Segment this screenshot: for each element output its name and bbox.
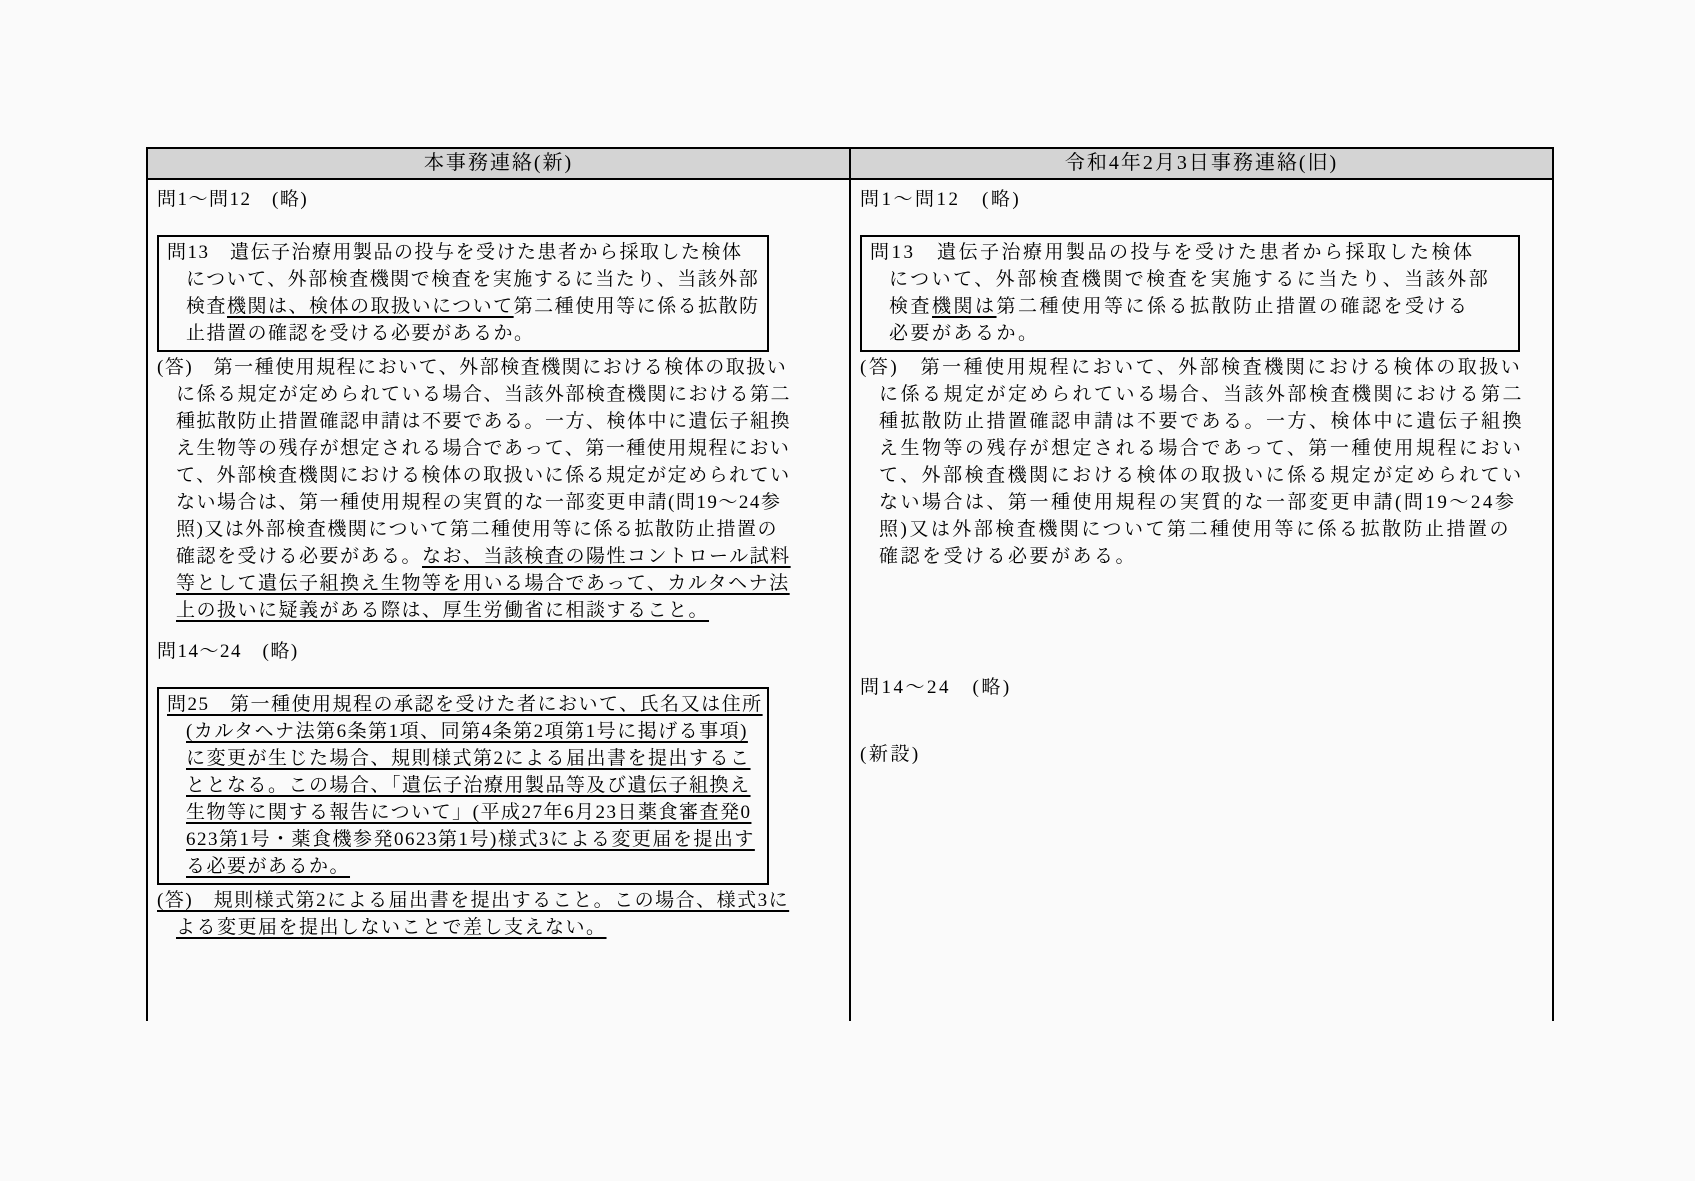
text-segment: 止措置の確認を受ける必要があるか。 xyxy=(186,323,535,344)
text-line: え生物等の残存が想定される場合であって、第一種使用規程におい xyxy=(157,435,841,462)
text-line: 種拡散防止措置確認申請は不要である。一方、検体中に遺伝子組換 xyxy=(860,408,1544,435)
text-line: 問13 遺伝子治療用製品の投与を受けた患者から採取した検体 xyxy=(167,239,763,266)
text-line: ない場合は、第一種使用規程の実質的な一部変更申請(問19〜24参 xyxy=(860,489,1544,516)
answer25-new: (答) 規則様式第2による届出書を提出すること。この場合、様式3による変更届を提… xyxy=(157,887,841,941)
text-line: 確認を受ける必要がある。 xyxy=(860,543,1544,570)
question13-box-old: 問13 遺伝子治療用製品の投与を受けた患者から採取した検体について、外部検査機関… xyxy=(860,235,1520,352)
table-body-row: 問1〜問12 (略) 問13 遺伝子治療用製品の投与を受けた患者から採取した検体… xyxy=(148,180,1552,1021)
text-line: え生物等の残存が想定される場合であって、第一種使用規程におい xyxy=(860,435,1544,462)
text-segment: 照)又は外部検査機関について第二種使用等に係る拡散防止措置の xyxy=(879,519,1511,540)
text-segment: て、外部検査機関における検体の取扱いに係る規定が定められてい xyxy=(176,465,791,486)
text-segment: 確認を受ける必要がある。 xyxy=(879,546,1137,567)
text-segment: て、外部検査機関における検体の取扱いに係る規定が定められてい xyxy=(879,465,1524,486)
underlined-text-segment: (答) 規則様式第2による届出書を提出すること。この場合、様式3に xyxy=(157,890,789,911)
text-line: 止措置の確認を受ける必要があるか。 xyxy=(167,320,763,347)
text-segment: 種拡散防止措置確認申請は不要である。一方、検体中に遺伝子組換 xyxy=(879,411,1524,432)
text-line: 623第1号・薬食機参発0623第1号)様式3による変更届を提出す xyxy=(167,826,763,853)
text-line: て、外部検査機関における検体の取扱いに係る規定が定められてい xyxy=(860,462,1544,489)
answer13-new: (答) 第一種使用規程において、外部検査機関における検体の取扱いに係る規定が定め… xyxy=(157,354,841,624)
underlined-text-segment: (カルタヘナ法第6条第1項、同第4条第2項第1号に掲げる事項) xyxy=(186,721,748,742)
text-segment: 必要があるか。 xyxy=(889,323,1040,344)
intro-line-new: 問1〜問12 (略) xyxy=(157,186,841,213)
text-segment: 第二種使用等に係る拡散防 xyxy=(514,296,760,317)
underlined-text-segment: 623第1号・薬食機参発0623第1号)様式3による変更届を提出す xyxy=(186,829,755,850)
page: { "table": { "header": { "left": "本事務連絡(… xyxy=(0,0,1695,1181)
text-line: よる変更届を提出しないことで差し支えない。 xyxy=(157,914,841,941)
text-line: に変更が生じた場合、規則様式第2による届出書を提出するこ xyxy=(167,745,763,772)
text-segment: 第二種使用等に係る拡散防止措置の確認を受ける xyxy=(997,296,1470,317)
text-segment: 照)又は外部検査機関について第二種使用等に係る拡散防止措置の xyxy=(176,519,778,540)
answer13-old: (答) 第一種使用規程において、外部検査機関における検体の取扱いに係る規定が定め… xyxy=(860,354,1544,570)
text-line: て、外部検査機関における検体の取扱いに係る規定が定められてい xyxy=(157,462,841,489)
text-line: 検査機関は、検体の取扱いについて第二種使用等に係る拡散防 xyxy=(167,293,763,320)
header-cell-new: 本事務連絡(新) xyxy=(148,149,851,178)
text-line: ない場合は、第一種使用規程の実質的な一部変更申請(問19〜24参 xyxy=(157,489,841,516)
table-header-row: 本事務連絡(新) 令和4年2月3日事務連絡(旧) xyxy=(148,149,1552,180)
underlined-text-segment: 等として遺伝子組換え生物等を用いる場合であって、カルタヘナ法 xyxy=(176,573,790,594)
text-segment: (答) 第一種使用規程において、外部検査機関における検体の取扱い xyxy=(860,357,1522,378)
underlined-text-segment: 生物等に関する報告について」(平成27年6月23日薬食審査発0 xyxy=(186,802,751,823)
text-line: 生物等に関する報告について」(平成27年6月23日薬食審査発0 xyxy=(167,799,763,826)
text-line: 確認を受ける必要がある。なお、当該検査の陽性コントロール試料 xyxy=(157,543,841,570)
q14-line-old: 問14〜24 (略) xyxy=(860,674,1544,701)
text-segment: に係る規定が定められている場合、当該外部検査機関における第二 xyxy=(176,384,791,405)
text-line: に係る規定が定められている場合、当該外部検査機関における第二 xyxy=(157,381,841,408)
text-segment: 検査 xyxy=(186,296,227,317)
q14-line-new: 問14〜24 (略) xyxy=(157,638,841,665)
underlined-text-segment: なお、当該検査の陽性コントロール試料 xyxy=(422,546,791,567)
text-line: 検査機関は第二種使用等に係る拡散防止措置の確認を受ける xyxy=(870,293,1514,320)
text-segment: 検査 xyxy=(889,296,932,317)
text-line: 必要があるか。 xyxy=(870,320,1514,347)
text-line: 照)又は外部検査機関について第二種使用等に係る拡散防止措置の xyxy=(157,516,841,543)
text-segment: え生物等の残存が想定される場合であって、第一種使用規程におい xyxy=(176,438,790,459)
text-line: 種拡散防止措置確認申請は不要である。一方、検体中に遺伝子組換 xyxy=(157,408,841,435)
text-segment: 種拡散防止措置確認申請は不要である。一方、検体中に遺伝子組換 xyxy=(176,411,791,432)
text-segment: 問13 遺伝子治療用製品の投与を受けた患者から採取した検体 xyxy=(870,242,1475,263)
text-segment: について、外部検査機関で検査を実施するに当たり、当該外部 xyxy=(186,269,759,290)
text-line: 問13 遺伝子治療用製品の投与を受けた患者から採取した検体 xyxy=(870,239,1514,266)
question13-box-new: 問13 遺伝子治療用製品の投与を受けた患者から採取した検体について、外部検査機関… xyxy=(157,235,769,352)
underlined-text-segment: に変更が生じた場合、規則様式第2による届出書を提出するこ xyxy=(186,748,751,769)
underlined-text-segment: る必要があるか。 xyxy=(186,856,350,877)
text-line: (答) 規則様式第2による届出書を提出すること。この場合、様式3に xyxy=(157,887,841,914)
intro-line-old: 問1〜問12 (略) xyxy=(860,186,1544,213)
text-segment: ない場合は、第一種使用規程の実質的な一部変更申請(問19〜24参 xyxy=(176,492,781,513)
text-line: 等として遺伝子組換え生物等を用いる場合であって、カルタヘナ法 xyxy=(157,570,841,597)
text-segment: について、外部検査機関で検査を実施するに当たり、当該外部 xyxy=(889,269,1490,290)
question25-box-new: 問25 第一種使用規程の承認を受けた者において、氏名又は住所(カルタヘナ法第6条… xyxy=(157,687,769,885)
text-line: 照)又は外部検査機関について第二種使用等に係る拡散防止措置の xyxy=(860,516,1544,543)
text-line: (カルタヘナ法第6条第1項、同第4条第2項第1号に掲げる事項) xyxy=(167,718,763,745)
underlined-text-segment: 上の扱いに疑義がある際は、厚生労働省に相談すること。 xyxy=(176,600,709,621)
header-cell-old: 令和4年2月3日事務連絡(旧) xyxy=(851,149,1552,178)
column-old: 問1〜問12 (略) 問13 遺伝子治療用製品の投与を受けた患者から採取した検体… xyxy=(851,180,1552,1021)
text-segment: え生物等の残存が想定される場合であって、第一種使用規程におい xyxy=(879,438,1523,459)
text-line: について、外部検査機関で検査を実施するに当たり、当該外部 xyxy=(870,266,1514,293)
text-segment: ない場合は、第一種使用規程の実質的な一部変更申請(問19〜24参 xyxy=(879,492,1516,513)
underlined-text-segment: 機関は xyxy=(932,296,997,317)
comparison-table: 本事務連絡(新) 令和4年2月3日事務連絡(旧) 問1〜問12 (略) 問13 … xyxy=(146,147,1554,1021)
underlined-text-segment: 機関は、検体の取扱いについて xyxy=(227,296,514,317)
text-line: る必要があるか。 xyxy=(167,853,763,880)
text-line: に係る規定が定められている場合、当該外部検査機関における第二 xyxy=(860,381,1544,408)
new-establishment-label: (新設) xyxy=(860,741,1544,768)
text-segment: 確認を受ける必要がある。 xyxy=(176,546,422,567)
text-line: 上の扱いに疑義がある際は、厚生労働省に相談すること。 xyxy=(157,597,841,624)
text-line: 問25 第一種使用規程の承認を受けた者において、氏名又は住所 xyxy=(167,691,763,718)
text-line: について、外部検査機関で検査を実施するに当たり、当該外部 xyxy=(167,266,763,293)
text-line: ととなる。この場合、「遺伝子治療用製品等及び遺伝子組換え xyxy=(167,772,763,799)
column-new: 問1〜問12 (略) 問13 遺伝子治療用製品の投与を受けた患者から採取した検体… xyxy=(148,180,851,1021)
underlined-text-segment: 問25 第一種使用規程の承認を受けた者において、氏名又は住所 xyxy=(167,694,763,715)
text-line: (答) 第一種使用規程において、外部検査機関における検体の取扱い xyxy=(157,354,841,381)
text-line: (答) 第一種使用規程において、外部検査機関における検体の取扱い xyxy=(860,354,1544,381)
underlined-text-segment: ととなる。この場合、「遺伝子治療用製品等及び遺伝子組換え xyxy=(186,775,751,796)
underlined-text-segment: よる変更届を提出しないことで差し支えない。 xyxy=(176,917,607,938)
text-segment: (答) 第一種使用規程において、外部検査機関における検体の取扱い xyxy=(157,357,787,378)
text-segment: 問13 遺伝子治療用製品の投与を受けた患者から採取した検体 xyxy=(167,242,743,263)
text-segment: に係る規定が定められている場合、当該外部検査機関における第二 xyxy=(879,384,1524,405)
